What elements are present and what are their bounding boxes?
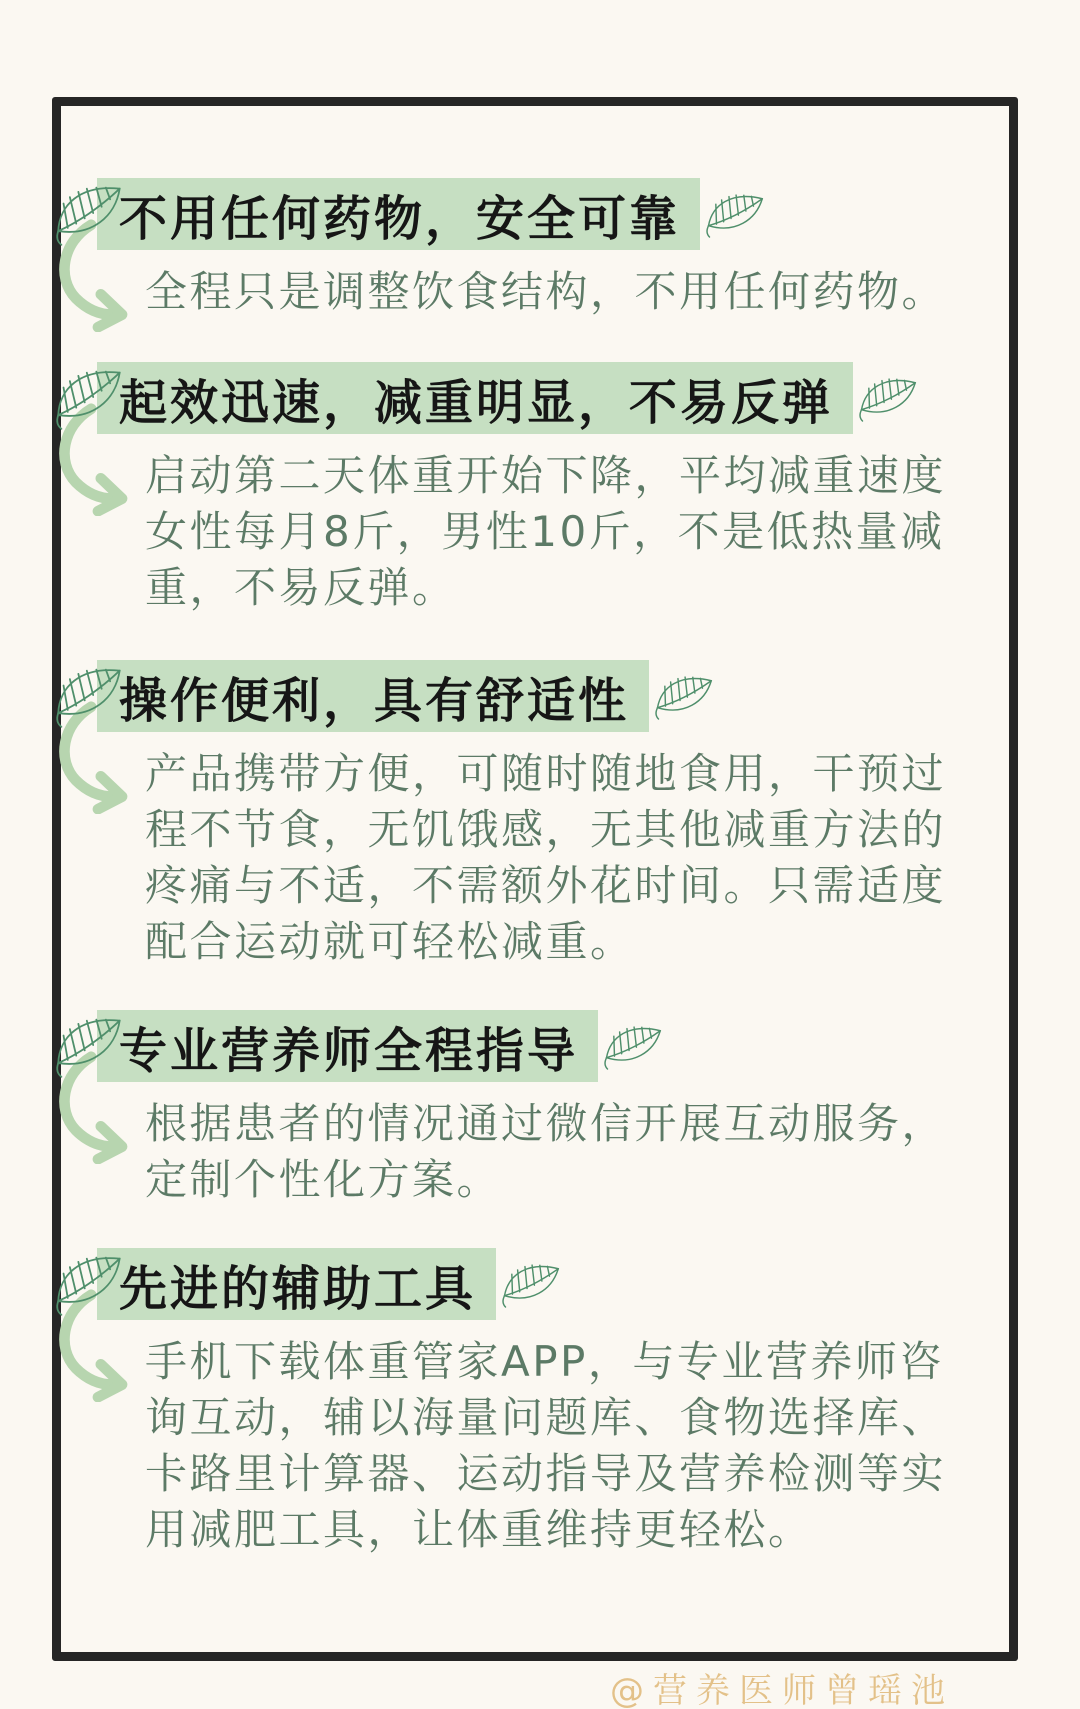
feature-body: 启动第二天体重开始下降，平均减重速度 女性每月8斤，男性10斤，不是低热量减 重… (145, 448, 1007, 616)
leaf-icon (853, 365, 924, 431)
body-line: 重，不易反弹。 (145, 560, 1007, 616)
feature-section-assist-tools: 先进的辅助工具 手机下载体重管家APP，与专业营养师咨 询互动，辅以海量问题库、… (97, 1248, 1007, 1558)
body-line: 手机下载体重管家APP，与专业营养师咨 (145, 1334, 1007, 1390)
feature-title: 起效迅速，减重明显，不易反弹 (97, 362, 853, 434)
feature-title: 专业营养师全程指导 (97, 1010, 598, 1082)
feature-section-dietitian-guidance: 专业营养师全程指导 根据患者的情况通过微信开展互动服务， 定制个性化方案。 (97, 1010, 1007, 1208)
leaf-icon (496, 1251, 567, 1317)
body-line: 询互动，辅以海量问题库、食物选择库、 (145, 1390, 1007, 1446)
body-line: 程不节食，无饥饿感，无其他减重方法的 (145, 802, 1007, 858)
body-line: 根据患者的情况通过微信开展互动服务， (145, 1096, 1007, 1152)
leaf-icon (49, 1008, 131, 1080)
feature-heading-row: 不用任何药物，安全可靠 (97, 178, 1007, 250)
body-line: 定制个性化方案。 (145, 1152, 1007, 1208)
feature-heading-row: 操作便利，具有舒适性 (97, 660, 1007, 732)
leaf-icon (700, 181, 771, 247)
feature-section-no-drugs: 不用任何药物，安全可靠 全程只是调整饮食结构，不用任何药物。 (97, 178, 1007, 320)
feature-title: 不用任何药物，安全可靠 (97, 178, 700, 250)
leaf-icon (49, 1246, 131, 1318)
author-watermark: @营养医师曾瑶池 (610, 1663, 954, 1709)
leaf-icon (49, 176, 131, 248)
feature-body: 根据患者的情况通过微信开展互动服务， 定制个性化方案。 (145, 1096, 1007, 1208)
poster-canvas: 不用任何药物，安全可靠 全程只是调整饮食结构，不用任何药物。 起效迅速，减重明显… (0, 0, 1080, 1709)
feature-heading-row: 先进的辅助工具 (97, 1248, 1007, 1320)
body-line: 配合运动就可轻松减重。 (145, 914, 1007, 970)
feature-title: 先进的辅助工具 (97, 1248, 496, 1320)
leaf-icon (49, 360, 131, 432)
feature-body: 全程只是调整饮食结构，不用任何药物。 (145, 264, 1007, 320)
feature-section-fast-effect: 起效迅速，减重明显，不易反弹 启动第二天体重开始下降，平均减重速度 女性每月8斤… (97, 362, 1007, 616)
body-line: 卡路里计算器、运动指导及营养检测等实 (145, 1446, 1007, 1502)
feature-section-convenient: 操作便利，具有舒适性 产品携带方便，可随时随地食用，干预过 程不节食，无饥饿感，… (97, 660, 1007, 970)
body-line: 女性每月8斤，男性10斤，不是低热量减 (145, 504, 1007, 560)
feature-body: 产品携带方便，可随时随地食用，干预过 程不节食，无饥饿感，无其他减重方法的 疼痛… (145, 746, 1007, 970)
feature-body: 手机下载体重管家APP，与专业营养师咨 询互动，辅以海量问题库、食物选择库、 卡… (145, 1334, 1007, 1558)
feature-title: 操作便利，具有舒适性 (97, 660, 649, 732)
feature-heading-row: 起效迅速，减重明显，不易反弹 (97, 362, 1007, 434)
body-line: 疼痛与不适，不需额外花时间。只需适度 (145, 858, 1007, 914)
leaf-icon (649, 663, 720, 729)
body-line: 全程只是调整饮食结构，不用任何药物。 (145, 264, 1007, 320)
leaf-icon (598, 1013, 669, 1079)
body-line: 启动第二天体重开始下降，平均减重速度 (145, 448, 1007, 504)
leaf-icon (49, 658, 131, 730)
body-line: 用减肥工具，让体重维持更轻松。 (145, 1502, 1007, 1558)
body-line: 产品携带方便，可随时随地食用，干预过 (145, 746, 1007, 802)
feature-heading-row: 专业营养师全程指导 (97, 1010, 1007, 1082)
